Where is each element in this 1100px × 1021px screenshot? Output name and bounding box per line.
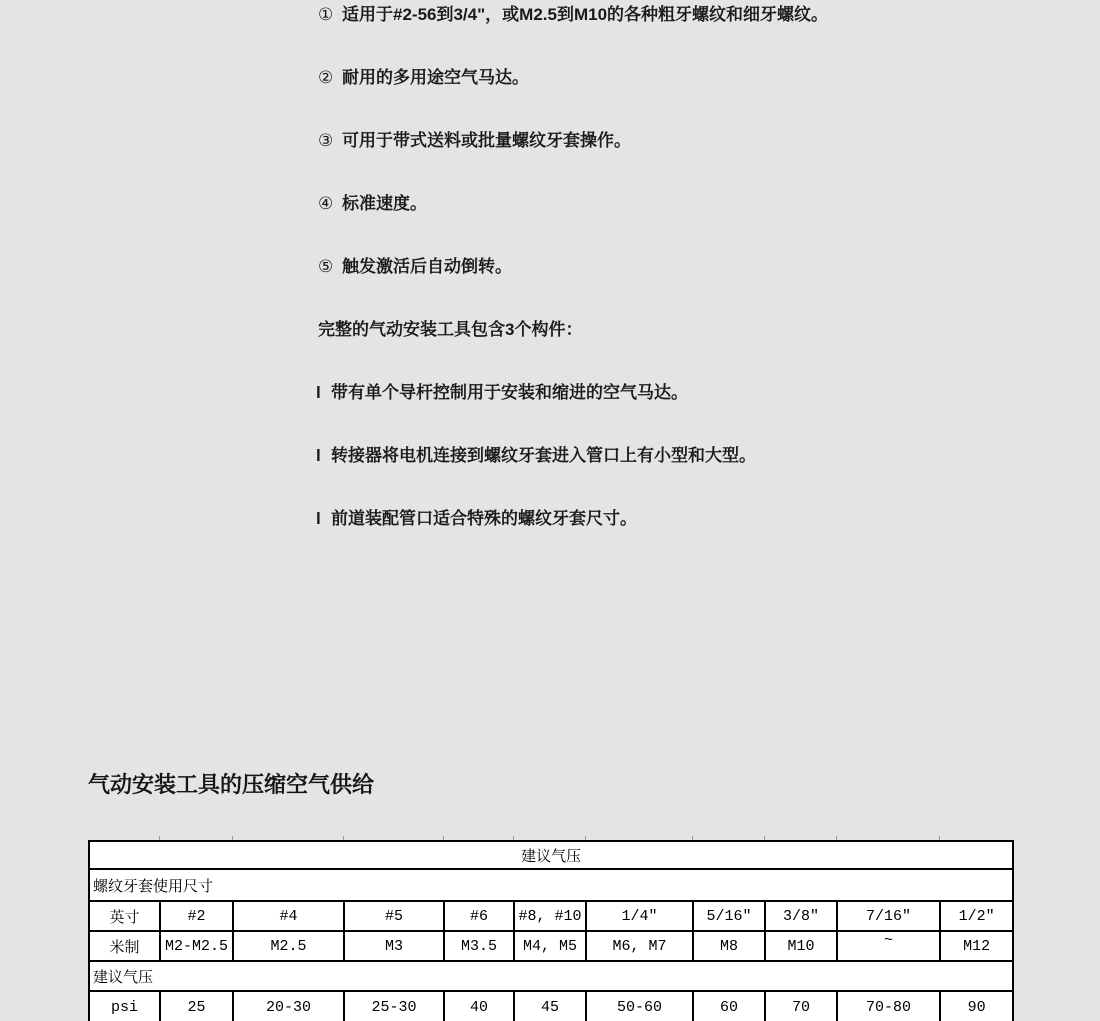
table-cell: 60 — [693, 991, 765, 1021]
tilde-placeholder: ~ — [884, 932, 893, 949]
table-cell: #5 — [344, 901, 444, 931]
table-cell: 45 — [514, 991, 586, 1021]
section-heading: 气动安装工具的压缩空气供给 — [88, 772, 374, 798]
table-cell: 5/16″ — [693, 901, 765, 931]
pressure-label-row: 建议气压 — [89, 961, 1013, 991]
table-cell: 70-80 — [837, 991, 940, 1021]
table-cell: M4, M5 — [514, 931, 586, 961]
feature-item-3: ③可用于带式送料或批量螺纹牙套操作。 — [318, 131, 631, 150]
air-pressure-table: 建议气压 螺纹牙套使用尺寸 英寸 #2 #4 #5 #6 #8, #10 1/4… — [88, 840, 1014, 1021]
table-cell: #2 — [160, 901, 233, 931]
component-item-2: l转接器将电机连接到螺纹牙套进入管口上有小型和大型。 — [316, 446, 756, 465]
table-cell: #8, #10 — [514, 901, 586, 931]
feature-item-2: ②耐用的多用途空气马达。 — [318, 68, 529, 87]
table-cell: 3/8″ — [765, 901, 837, 931]
feature-text-4: 标准速度。 — [342, 194, 427, 213]
feature-text-3: 可用于带式送料或批量螺纹牙套操作。 — [342, 131, 631, 150]
table-cell: 20-30 — [233, 991, 344, 1021]
table-title-row: 建议气压 — [89, 841, 1013, 869]
table-cell: 1/4″ — [586, 901, 693, 931]
bullet-marker-1: l — [316, 383, 331, 402]
inch-row: 英寸 #2 #4 #5 #6 #8, #10 1/4″ 5/16″ 3/8″ 7… — [89, 901, 1013, 931]
component-text-3: 前道装配管口适合特殊的螺纹牙套尺寸。 — [331, 509, 637, 528]
table-cell: M2-M2.5 — [160, 931, 233, 961]
circled-number-3: ③ — [318, 131, 342, 150]
document-page: ①适用于#2-56到3/4"，或M2.5到M10的各种粗牙螺纹和细牙螺纹。 ②耐… — [0, 0, 1100, 1021]
circled-number-5: ⑤ — [318, 257, 342, 276]
components-intro: 完整的气动安装工具包含3个构件： — [318, 320, 582, 339]
component-item-1: l带有单个导杆控制用于安装和缩进的空气马达。 — [316, 383, 688, 402]
feature-item-1: ①适用于#2-56到3/4"，或M2.5到M10的各种粗牙螺纹和细牙螺纹。 — [318, 5, 828, 24]
table-cell: ~ — [837, 931, 940, 961]
circled-number-2: ② — [318, 68, 342, 87]
table-cell: 50-60 — [586, 991, 693, 1021]
components-intro-text: 完整的气动安装工具包含3个构件： — [318, 320, 582, 339]
table-cell: M12 — [940, 931, 1013, 961]
table-cell: M6, M7 — [586, 931, 693, 961]
pressure-row-label: 建议气压 — [89, 961, 1013, 991]
inch-row-label: 英寸 — [89, 901, 160, 931]
table-cell: 25 — [160, 991, 233, 1021]
feature-item-4: ④标准速度。 — [318, 194, 427, 213]
table-cell: 40 — [444, 991, 514, 1021]
table-cell: M3.5 — [444, 931, 514, 961]
component-item-3: l前道装配管口适合特殊的螺纹牙套尺寸。 — [316, 509, 637, 528]
table-title: 建议气压 — [89, 841, 1013, 869]
table-cell: 1/2″ — [940, 901, 1013, 931]
table-cell: M2.5 — [233, 931, 344, 961]
table-size-label: 螺纹牙套使用尺寸 — [89, 869, 1013, 901]
table-size-label-row: 螺纹牙套使用尺寸 — [89, 869, 1013, 901]
table-cell: M8 — [693, 931, 765, 961]
component-text-2: 转接器将电机连接到螺纹牙套进入管口上有小型和大型。 — [331, 446, 756, 465]
circled-number-1: ① — [318, 5, 342, 24]
table-cell: 25-30 — [344, 991, 444, 1021]
table-cell: #4 — [233, 901, 344, 931]
bullet-marker-2: l — [316, 446, 331, 465]
metric-row-label: 米制 — [89, 931, 160, 961]
table-cell: #6 — [444, 901, 514, 931]
table-cell: 70 — [765, 991, 837, 1021]
feature-text-1: 适用于#2-56到3/4"，或M2.5到M10的各种粗牙螺纹和细牙螺纹。 — [342, 5, 828, 24]
table-cell: 7/16″ — [837, 901, 940, 931]
feature-text-5: 触发激活后自动倒转。 — [342, 257, 512, 276]
table-cell: 90 — [940, 991, 1013, 1021]
psi-row: psi 25 20-30 25-30 40 45 50-60 60 70 70-… — [89, 991, 1013, 1021]
table-cell: M3 — [344, 931, 444, 961]
circled-number-4: ④ — [318, 194, 342, 213]
component-text-1: 带有单个导杆控制用于安装和缩进的空气马达。 — [331, 383, 688, 402]
feature-item-5: ⑤触发激活后自动倒转。 — [318, 257, 512, 276]
bullet-marker-3: l — [316, 509, 331, 528]
feature-text-2: 耐用的多用途空气马达。 — [342, 68, 529, 87]
table-cell: M10 — [765, 931, 837, 961]
metric-row: 米制 M2-M2.5 M2.5 M3 M3.5 M4, M5 M6, M7 M8… — [89, 931, 1013, 961]
psi-row-label: psi — [89, 991, 160, 1021]
